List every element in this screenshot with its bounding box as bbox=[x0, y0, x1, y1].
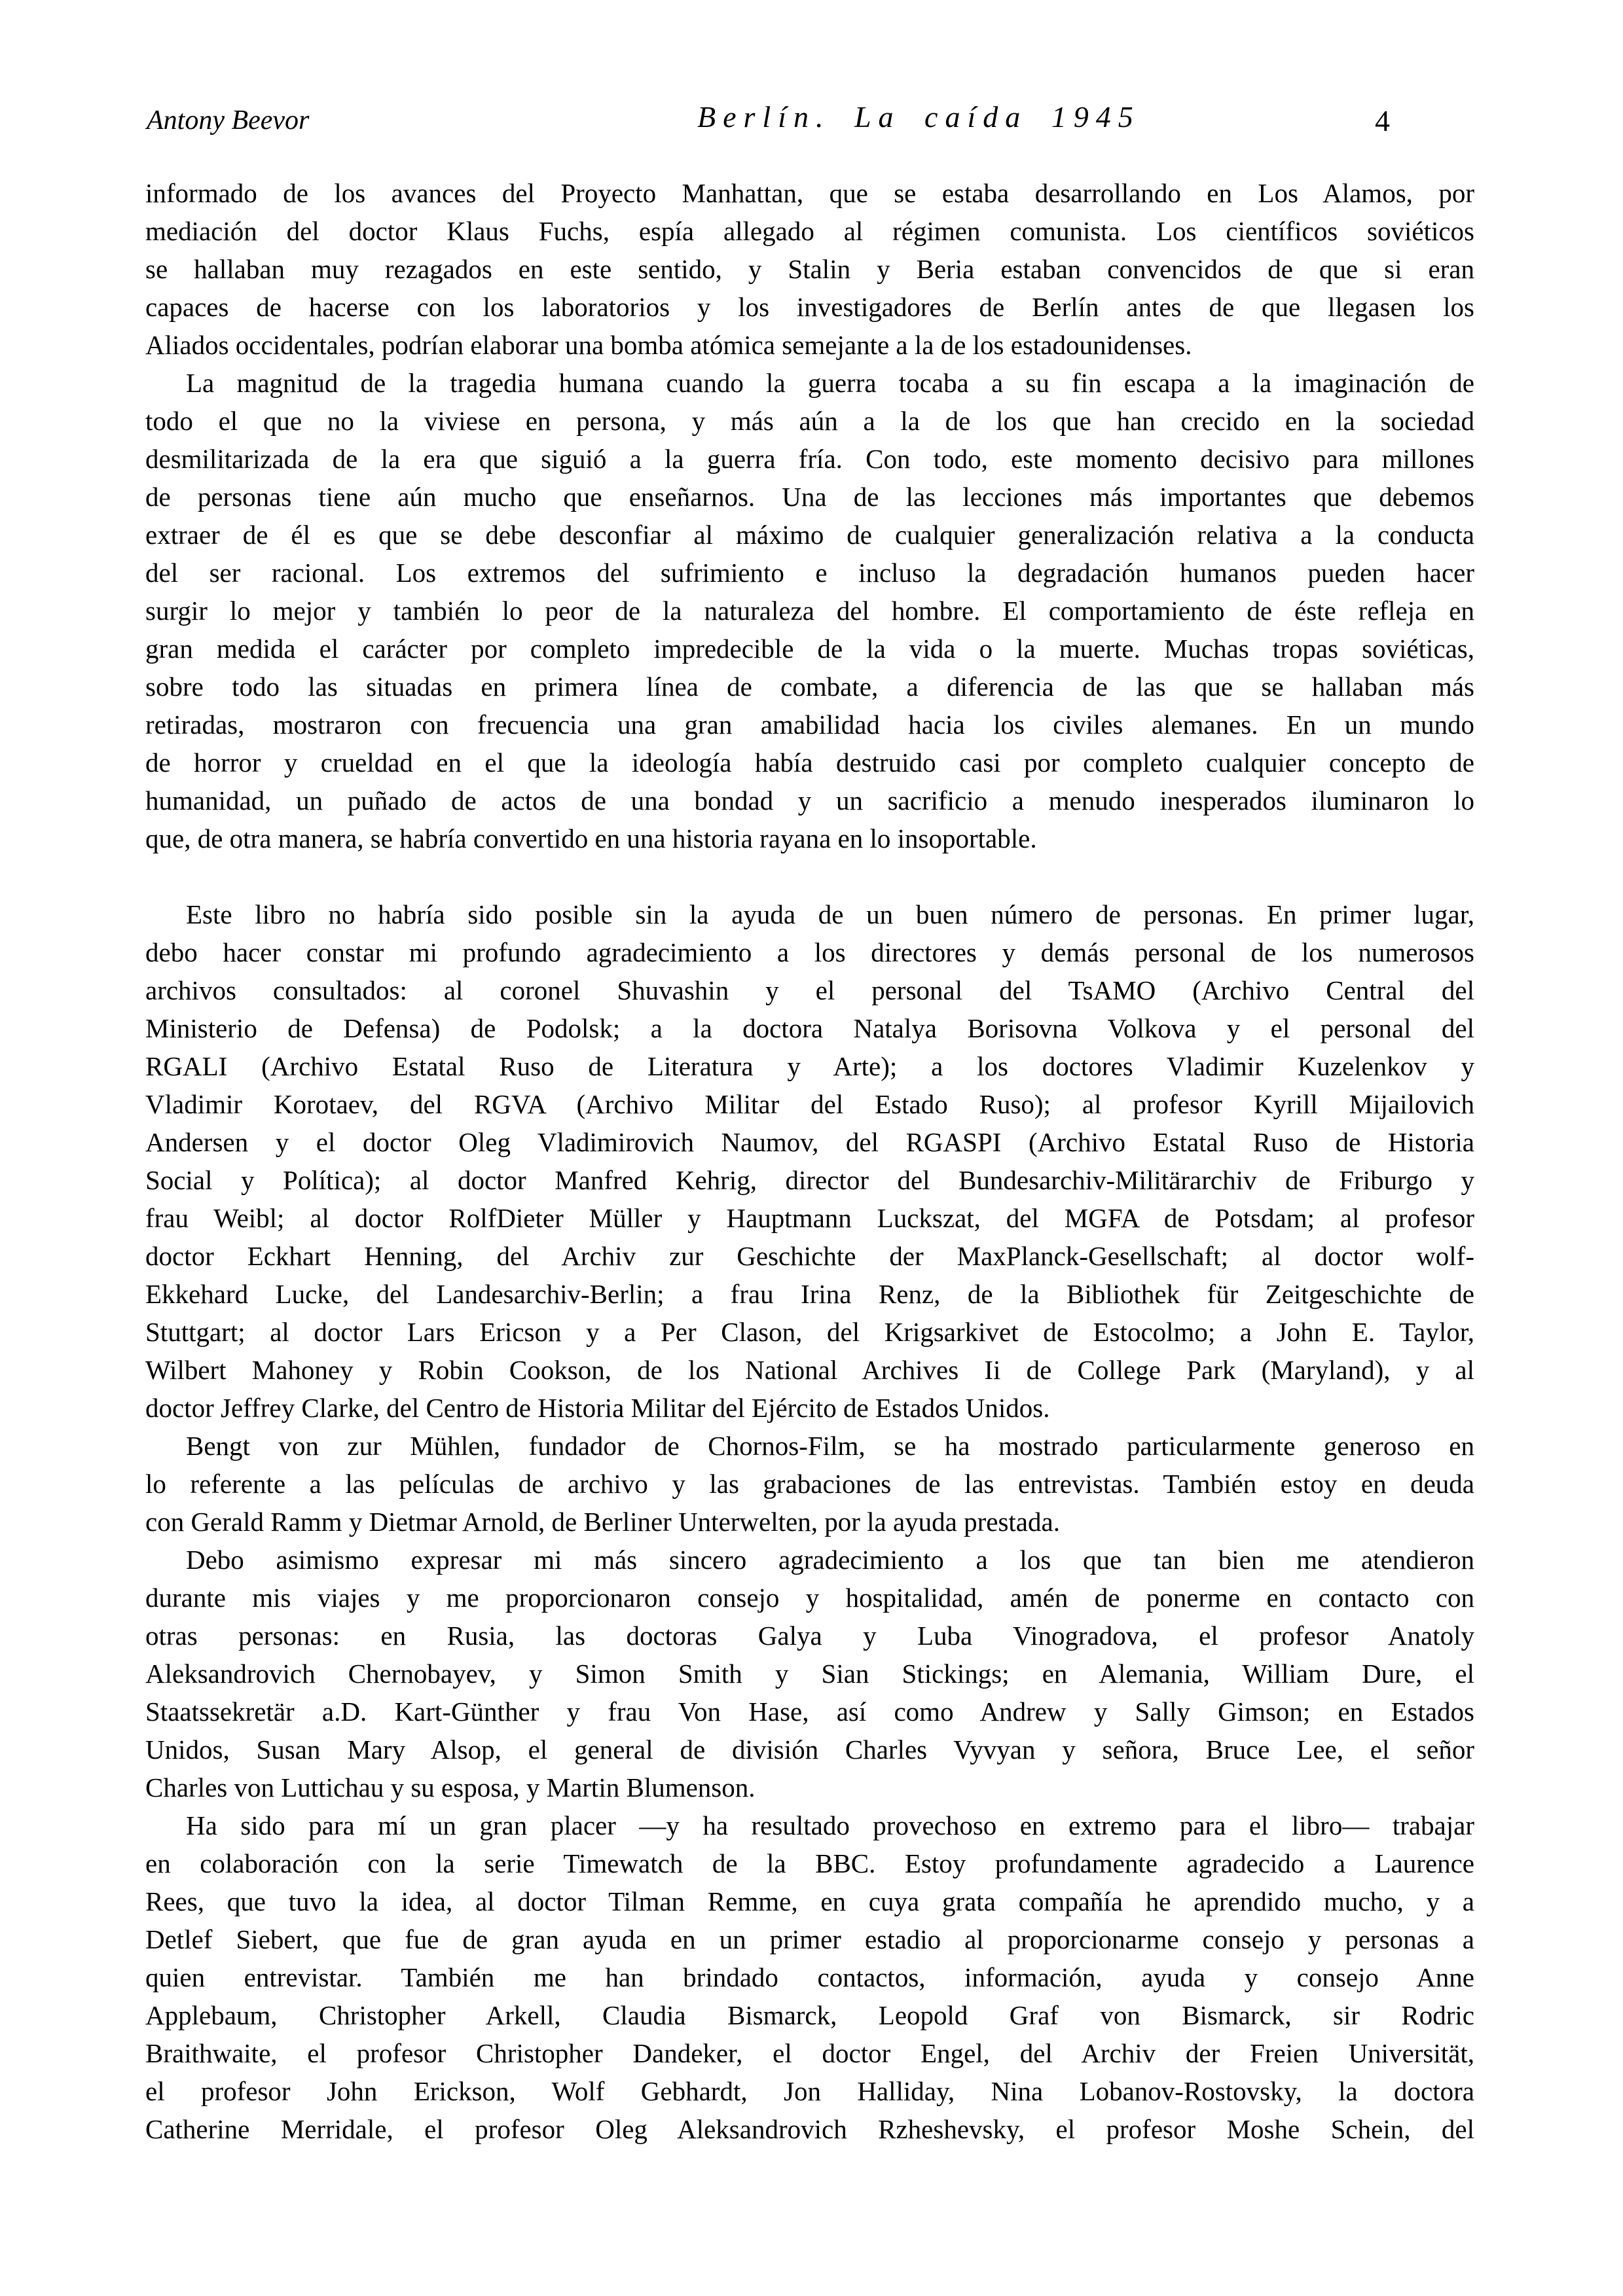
text-line: La magnitud de la tragedia humana cuando… bbox=[145, 364, 1474, 402]
text-line: Aleksandrovich Chernobayev, y Simon Smit… bbox=[145, 1655, 1474, 1693]
text-line: humanidad, un puñado de actos de una bon… bbox=[145, 781, 1474, 819]
text-line: retiradas, mostraron con frecuencia una … bbox=[145, 706, 1474, 744]
text-line: de horror y crueldad en el que la ideolo… bbox=[145, 744, 1474, 781]
text-line: del ser racional. Los extremos del sufri… bbox=[145, 554, 1474, 592]
text-line: Este libro no habría sido posible sin la… bbox=[145, 895, 1474, 933]
text-line: debo hacer constar mi profundo agradecim… bbox=[145, 933, 1474, 971]
text-line: RGALI (Archivo Estatal Ruso de Literatur… bbox=[145, 1047, 1474, 1085]
text-line: Andersen y el doctor Oleg Vladimirovich … bbox=[145, 1123, 1474, 1161]
text-line: se hallaban muy rezagados en este sentid… bbox=[145, 250, 1474, 288]
text-line: Ministerio de Defensa) de Podolsk; a la … bbox=[145, 1009, 1474, 1047]
text-line: Braithwaite, el profesor Christopher Dan… bbox=[145, 2034, 1474, 2072]
text-line: durante mis viajes y me proporcionaron c… bbox=[145, 1579, 1474, 1617]
text-line: que, de otra manera, se habría convertid… bbox=[145, 819, 1474, 857]
text-line: el profesor John Erickson, Wolf Gebhardt… bbox=[145, 2072, 1474, 2110]
text-line: doctor Eckhart Henning, del Archiv zur G… bbox=[145, 1237, 1474, 1275]
text-line: otras personas: en Rusia, las doctoras G… bbox=[145, 1617, 1474, 1655]
paragraph: Ha sido para mí un gran placer —y ha res… bbox=[145, 1806, 1474, 2148]
paragraph: Este libro no habría sido posible sin la… bbox=[145, 895, 1474, 1427]
text-line: desmilitarizada de la era que siguió a l… bbox=[145, 440, 1474, 478]
text-line: Applebaum, Christopher Arkell, Claudia B… bbox=[145, 1996, 1474, 2034]
text-line: Vladimir Korotaev, del RGVA (Archivo Mil… bbox=[145, 1085, 1474, 1123]
text-line: Detlef Siebert, que fue de gran ayuda en… bbox=[145, 1920, 1474, 1958]
body-text: informado de los avances del Proyecto Ma… bbox=[145, 174, 1474, 2148]
text-line: informado de los avances del Proyecto Ma… bbox=[145, 174, 1474, 212]
text-line: Charles von Luttichau y su esposa, y Mar… bbox=[145, 1768, 1474, 1806]
page-number: 4 bbox=[1375, 103, 1390, 138]
text-line: sobre todo las situadas en primera línea… bbox=[145, 668, 1474, 706]
text-line: Stuttgart; al doctor Lars Ericson y a Pe… bbox=[145, 1313, 1474, 1351]
text-line: en colaboración con la serie Timewatch d… bbox=[145, 1844, 1474, 1882]
text-line: extraer de él es que se debe desconfiar … bbox=[145, 516, 1474, 554]
running-header-author: Antony Beevor bbox=[147, 105, 309, 136]
paragraph: La magnitud de la tragedia humana cuando… bbox=[145, 364, 1474, 857]
text-line: capaces de hacerse con los laboratorios … bbox=[145, 288, 1474, 326]
text-line: todo el que no la viviese en persona, y … bbox=[145, 402, 1474, 440]
text-line: Staatssekretär a.D. Kart-Günther y frau … bbox=[145, 1693, 1474, 1731]
running-header-title: Berlín. La caída 1945 bbox=[697, 99, 1140, 134]
text-line: archivos consultados: al coronel Shuvash… bbox=[145, 971, 1474, 1009]
text-line: doctor Jeffrey Clarke, del Centro de His… bbox=[145, 1389, 1474, 1427]
text-line: frau Weibl; al doctor RolfDieter Müller … bbox=[145, 1199, 1474, 1237]
text-line: quien entrevistar. También me han brinda… bbox=[145, 1958, 1474, 1996]
text-line: surgir lo mejor y también lo peor de la … bbox=[145, 592, 1474, 630]
book-page: Antony Beevor Berlín. La caída 1945 4 in… bbox=[0, 0, 1623, 2296]
text-line: lo referente a las películas de archivo … bbox=[145, 1465, 1474, 1503]
text-line: mediación del doctor Klaus Fuchs, espía … bbox=[145, 212, 1474, 250]
paragraph: Debo asimismo expresar mi más sincero ag… bbox=[145, 1541, 1474, 1806]
text-line: Social y Política); al doctor Manfred Ke… bbox=[145, 1161, 1474, 1199]
text-line: Catherine Merridale, el profesor Oleg Al… bbox=[145, 2110, 1474, 2148]
text-line: con Gerald Ramm y Dietmar Arnold, de Ber… bbox=[145, 1503, 1474, 1541]
text-line: Ha sido para mí un gran placer —y ha res… bbox=[145, 1806, 1474, 1844]
text-line: Bengt von zur Mühlen, fundador de Chorno… bbox=[145, 1427, 1474, 1465]
text-line: Rees, que tuvo la idea, al doctor Tilman… bbox=[145, 1882, 1474, 1920]
text-line: Debo asimismo expresar mi más sincero ag… bbox=[145, 1541, 1474, 1579]
text-line: Wilbert Mahoney y Robin Cookson, de los … bbox=[145, 1351, 1474, 1389]
text-line: Ekkehard Lucke, del Landesarchiv-Berlin;… bbox=[145, 1275, 1474, 1313]
paragraph: Bengt von zur Mühlen, fundador de Chorno… bbox=[145, 1427, 1474, 1541]
text-line: gran medida el carácter por completo imp… bbox=[145, 630, 1474, 668]
text-line: Unidos, Susan Mary Alsop, el general de … bbox=[145, 1731, 1474, 1768]
text-line: de personas tiene aún mucho que enseñarn… bbox=[145, 478, 1474, 516]
text-line: Aliados occidentales, podrían elaborar u… bbox=[145, 326, 1474, 364]
paragraph: informado de los avances del Proyecto Ma… bbox=[145, 174, 1474, 364]
